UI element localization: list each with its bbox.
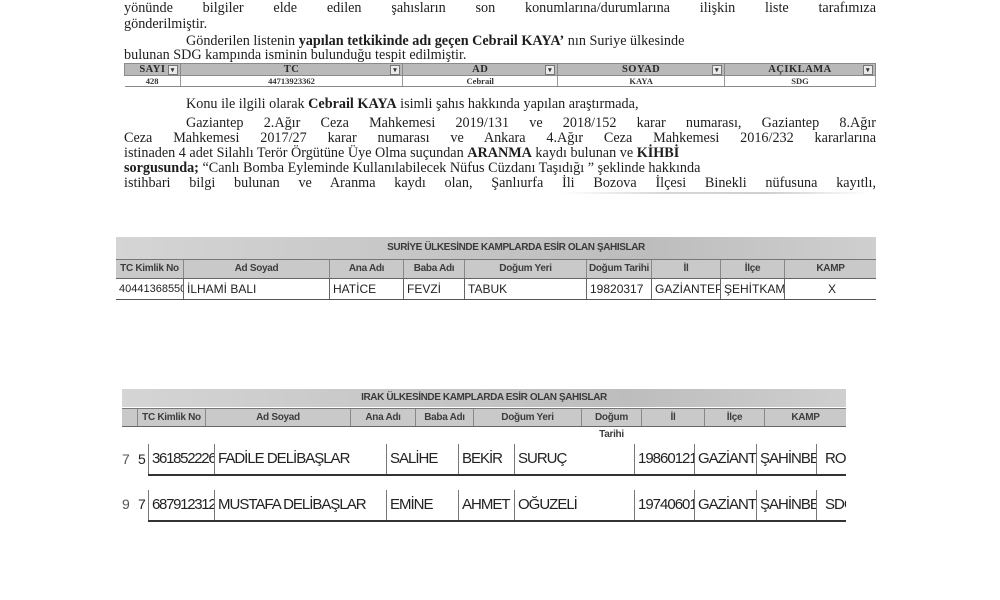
cell-ana-adi: HATİCE [330,279,404,299]
header-aciklama[interactable]: AÇIKLAMA▾ [725,64,876,76]
paragraph-4-line-1: Gaziantep 2.Ağır Ceza Mahkemesi 2019/131… [186,115,876,131]
table-row: 40441368550 İLHAMİ BALI HATİCE FEVZİ TAB… [116,279,876,300]
col-baba-adi: Baba Adı [416,409,474,426]
paragraph-3: Konu ile ilgili olarak Cebrail KAYA isim… [186,96,639,112]
col-dogum-tarihi: Doğum Tarihi [582,409,642,426]
cell-ilce: ŞAHİNBEY [756,490,816,520]
cell-baba-adi: AHMET [458,490,514,520]
cell-dogum-yeri: SURUÇ [514,444,634,474]
row-index: 7 [138,496,146,512]
col-ana-adi: Ana Adı [351,409,416,426]
syria-table-title: SURİYE ÜLKESİNDE KAMPLARDA ESİR OLAN ŞAH… [116,237,876,259]
col-dogum-yeri: Doğum Yeri [474,409,582,426]
cell-il: GAZİANTEP [694,490,756,520]
row-index: 5 [138,451,146,467]
dropdown-icon[interactable]: ▾ [168,65,178,75]
col-blank [122,409,138,426]
syria-table-header: TC Kimlik No Ad Soyad Ana Adı Baba Adı D… [116,259,876,279]
cell-tc: 68791231232 [148,490,214,520]
col-tc-kimlik-no: TC Kimlik No [116,260,184,278]
scan-artifact [560,192,870,194]
col-il: İl [642,409,705,426]
dropdown-icon[interactable]: ▾ [863,65,873,75]
paragraph-4-line-4: sorgusunda; “Canlı Bomba Eyleminde Kulla… [124,160,876,176]
header-ad[interactable]: AD▾ [403,64,558,76]
cell-tc: 44713923362 [180,76,403,87]
cell-ilce: ŞEHİTKAMİL [721,279,785,299]
filter-result-table: SAYI▾ TC▾ AD▾ SOYAD▾ AÇIKLAMA▾ 428 44713… [124,63,876,87]
cell-ad-soyad: İLHAMİ BALI [184,279,330,299]
col-dogum-tarihi: Doğum Tarihi [587,260,652,278]
cell-kamp: X [785,279,876,299]
col-ilce: İlçe [721,260,785,278]
paragraph-2-line-2: bulunan SDG kampında isminin bulunduğu t… [124,47,466,63]
cell-tc: 36185222616 [148,444,214,474]
paragraph-4-line-5: istihbari bilgi bulunan ve Aranma kaydı … [124,175,876,191]
cell-ana-adi: SALİHE [386,444,458,474]
cell-sayi: 428 [125,76,181,87]
row-line-number: 9 [122,496,130,512]
cell-kamp: SDG [816,490,846,520]
cell-ad-soyad: MUSTAFA DELİBAŞLAR [214,490,386,520]
cell-baba-adi: BEKİR [458,444,514,474]
col-ilce: İlçe [705,409,765,426]
paragraph-1-line-2: gönderilmiştir. [124,16,207,32]
cell-ad: Cebrail [403,76,558,87]
col-dogum-yeri: Doğum Yeri [465,260,587,278]
col-kamp: KAMP [785,260,876,278]
dropdown-icon[interactable]: ▾ [390,65,400,75]
paragraph-4-line-2: Ceza Mahkemesi 2017/27 karar numarası ve… [124,130,876,146]
person-name: Cebrail KAYA [308,96,396,112]
dropdown-icon[interactable]: ▾ [712,65,722,75]
cell-kamp: ROJ [816,444,846,474]
cell-dogum-yeri: TABUK [465,279,587,299]
cell-dogum-tarihi: 19860121 [634,444,694,474]
col-tc-kimlik-no: TC Kimlik No [138,409,206,426]
col-il: İl [652,260,721,278]
cell-ad-soyad: FADİLE DELİBAŞLAR [214,444,386,474]
cell-ilce: ŞAHİNBEY [756,444,816,474]
p2-text-d: nın Suriye ülkesinde [564,33,684,49]
cell-il: GAZİANTEP [694,444,756,474]
header-sayi[interactable]: SAYI▾ [125,64,181,76]
iraq-table-header: TC Kimlik No Ad Soyad Ana Adı Baba Adı D… [122,408,846,427]
col-kamp: KAMP [765,409,846,426]
cell-soyad: KAYA [558,76,725,87]
header-soyad[interactable]: SOYAD▾ [558,64,725,76]
paragraph-1-line-1: yönünde bilgiler elde edilen şahısların … [124,0,876,16]
table-row: 36185222616 FADİLE DELİBAŞLAR SALİHE BEK… [148,444,846,476]
header-tc[interactable]: TC▾ [180,64,403,76]
col-baba-adi: Baba Adı [404,260,465,278]
cell-dogum-tarihi: 19740601 [634,490,694,520]
cell-tc: 40441368550 [116,279,184,299]
p2-name: Cebrail KAYA’ [472,33,564,49]
iraq-table-title: IRAK ÜLKESİNDE KAMPLARDA ESİR OLAN ŞAHIS… [122,389,846,407]
cell-ana-adi: EMİNE [386,490,458,520]
cell-dogum-yeri: OĞUZELİ [514,490,634,520]
cell-aciklama: SDG [725,76,876,87]
p2-line-2-text: bulunan SDG kampında isminin bulunduğu t… [124,47,466,63]
cell-il: GAZİANTEP [652,279,721,299]
col-ana-adi: Ana Adı [330,260,404,278]
col-ad-soyad: Ad Soyad [206,409,351,426]
cell-dogum-tarihi: 19820317 [587,279,652,299]
dropdown-icon[interactable]: ▾ [545,65,555,75]
table-row: 428 44713923362 Cebrail KAYA SDG [125,76,876,87]
col-ad-soyad: Ad Soyad [184,260,330,278]
paragraph-4-line-3: istinaden 4 adet Silahlı Terör Örgütüne … [124,145,876,161]
cell-baba-adi: FEVZİ [404,279,465,299]
row-line-number: 7 [122,451,130,467]
table-row: 68791231232 MUSTAFA DELİBAŞLAR EMİNE AHM… [148,490,846,522]
